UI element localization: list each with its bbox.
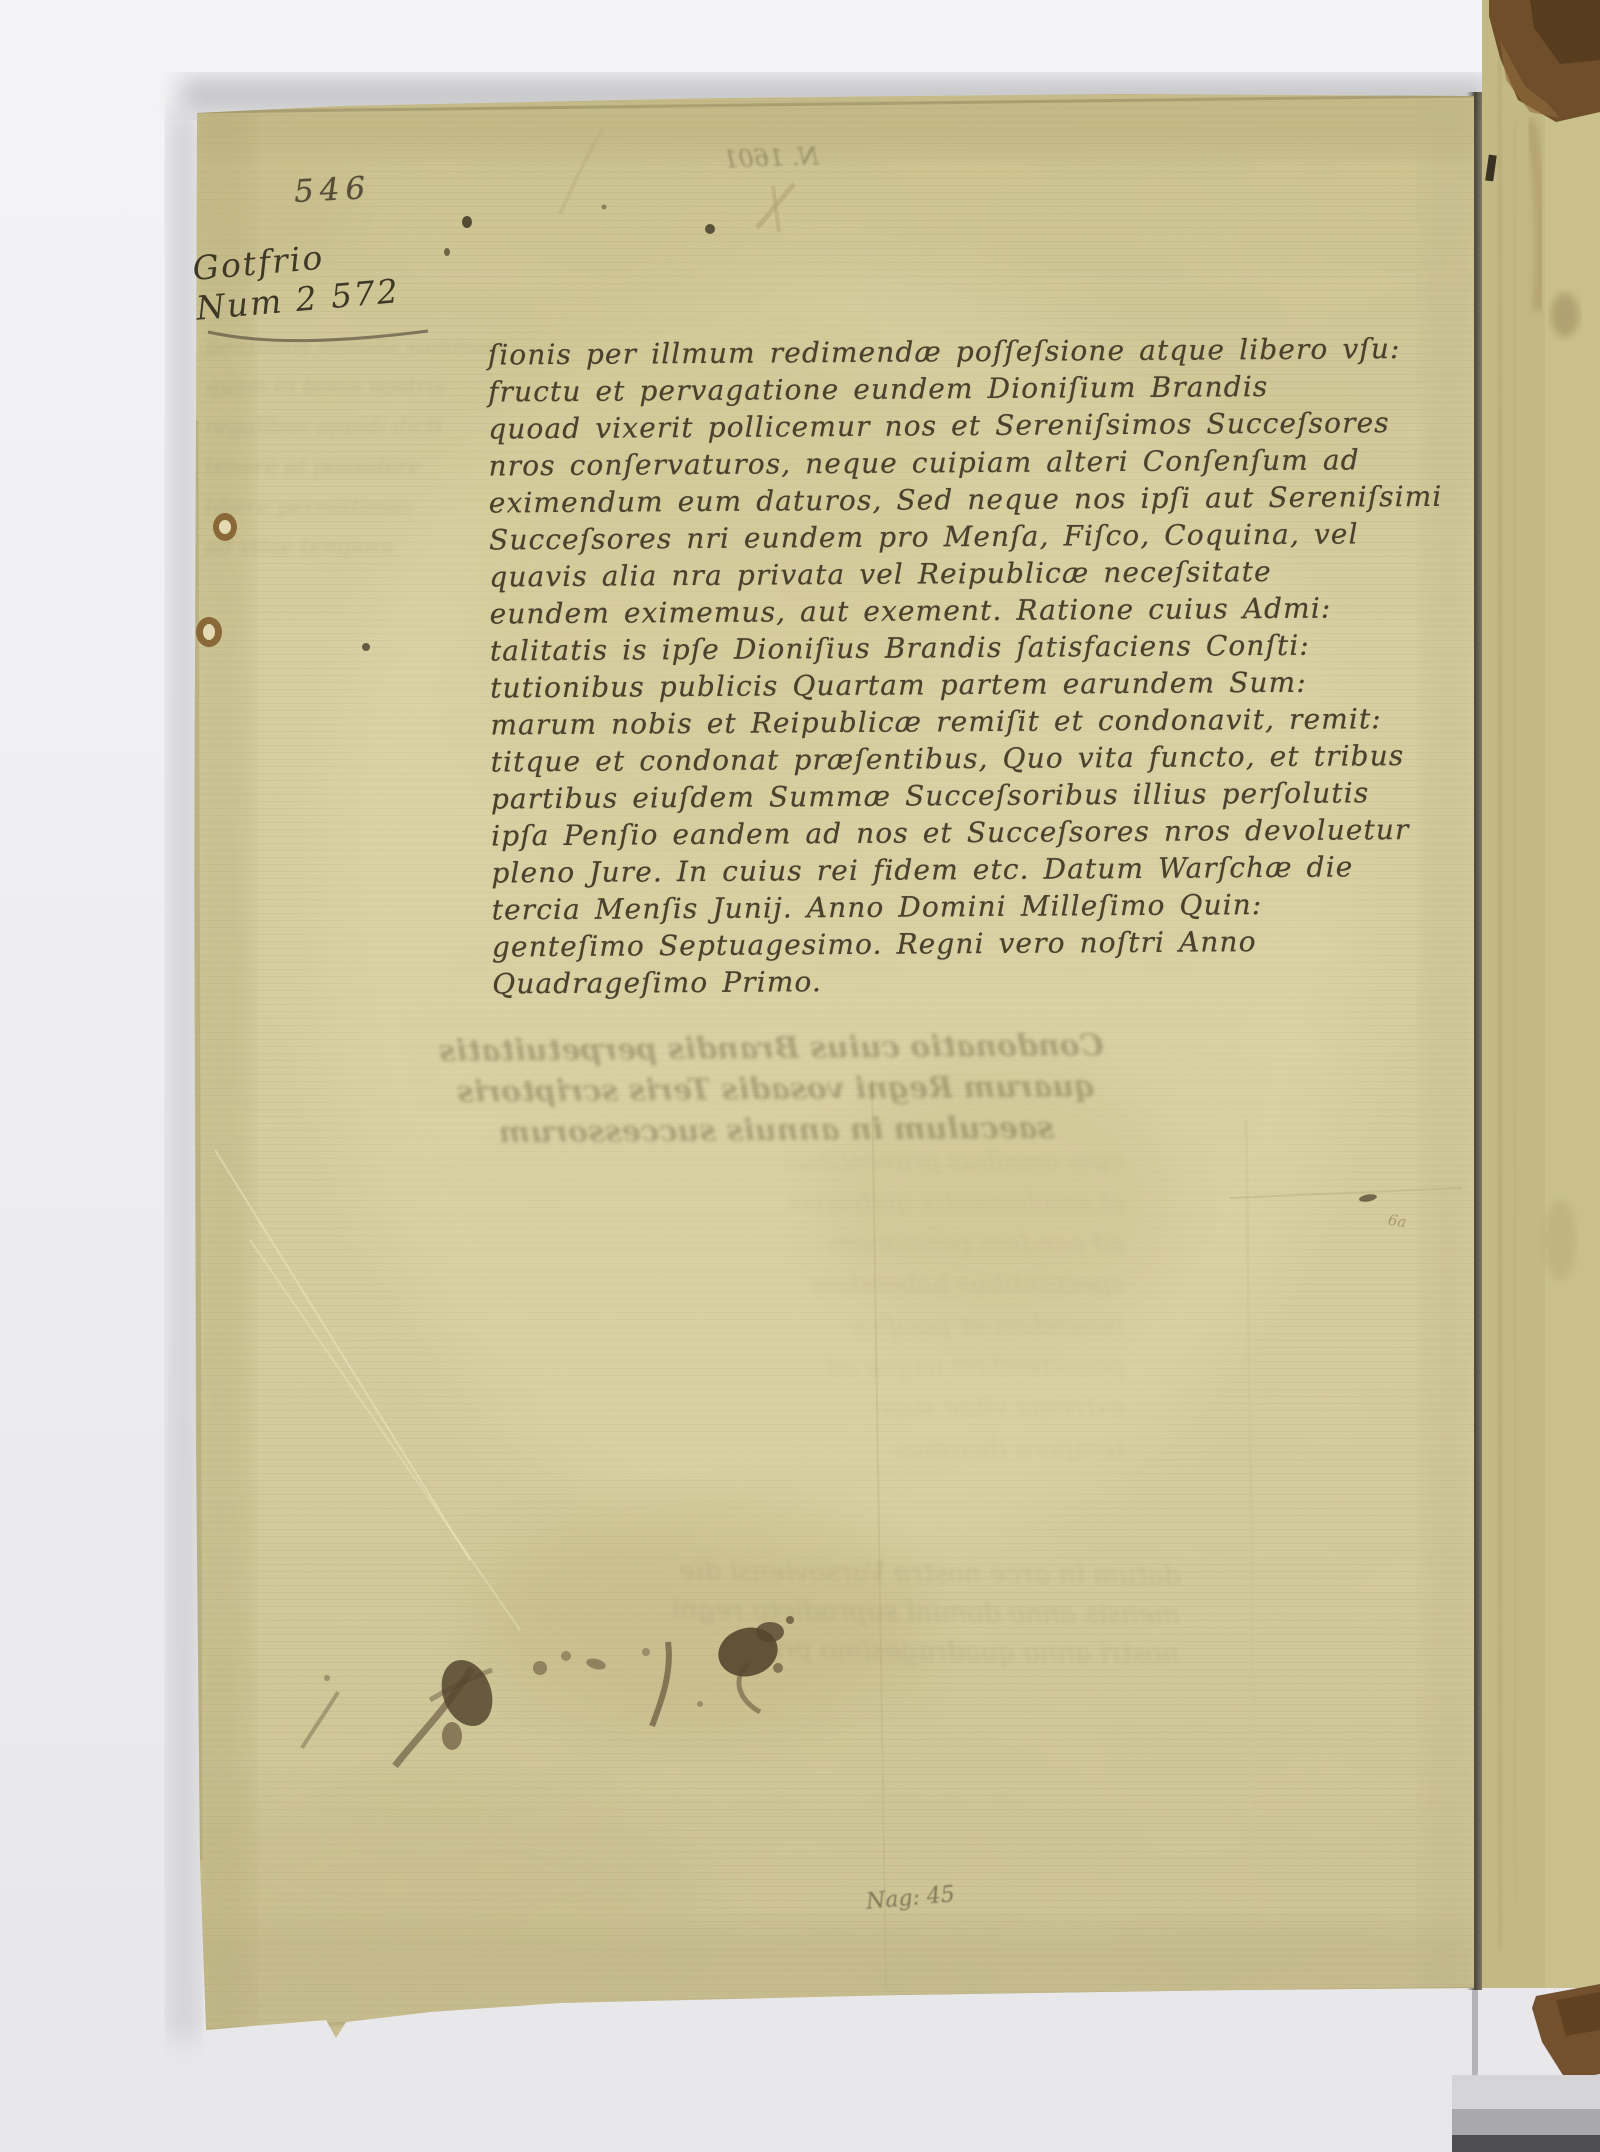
binding-strip bbox=[1482, 0, 1600, 1988]
manuscript-scan: Condonatio cuius Brandis perpetuitatisqu… bbox=[0, 0, 1600, 2152]
manuscript-paper bbox=[160, 88, 1480, 2040]
page-artwork bbox=[0, 0, 1600, 2152]
leather-remnant-bottom bbox=[1532, 1984, 1600, 2080]
worm-hole bbox=[213, 513, 237, 541]
worm-hole bbox=[196, 617, 222, 647]
